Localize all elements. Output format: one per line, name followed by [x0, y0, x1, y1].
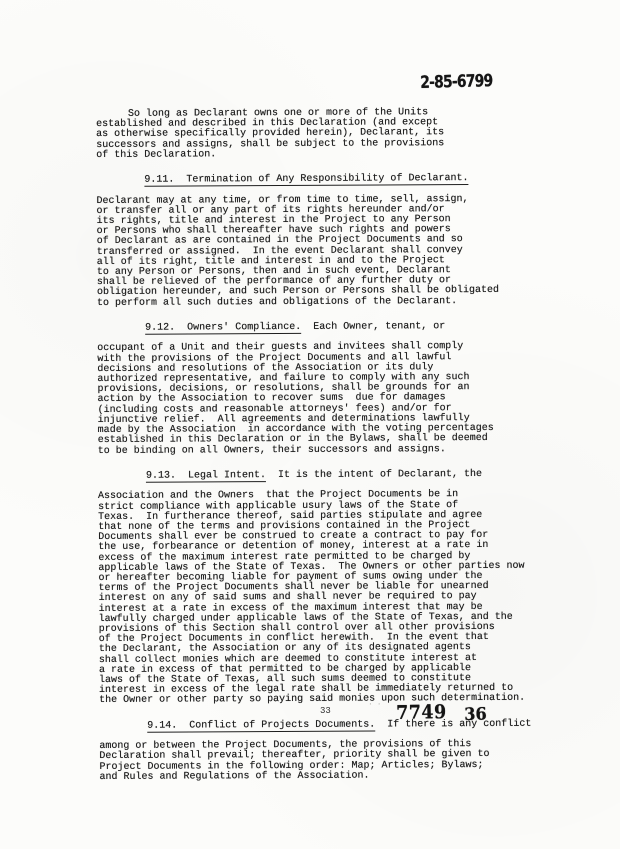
section-title: Legal Intent.	[188, 470, 266, 481]
scanned-document-page: 2-85-6799 So long as Declarant owns one …	[0, 0, 620, 849]
section-number: 9.13.	[146, 470, 176, 481]
section-number: 9.12.	[145, 323, 175, 334]
section-heading-line: 9.13.Legal Intent.It is the intent of De…	[98, 459, 568, 492]
intro-paragraph: So long as Declarant owns one or more of…	[96, 108, 566, 161]
stamp-number-right: 36	[464, 704, 487, 725]
section-title: Termination of Any Responsibility of Dec…	[186, 173, 468, 185]
scan-artifact-dots: ··	[368, 700, 386, 709]
handwritten-docket-number: 2-85-6799	[420, 71, 493, 93]
document-text: So long as Declarant owns one or more of…	[96, 108, 570, 783]
section-lead-text: It is the intent of Declarant, the	[278, 469, 482, 481]
section-heading-line: 9.14.Conflict of Projects Documents.If t…	[99, 709, 569, 742]
section-9-13: 9.13.Legal Intent.It is the intent of De…	[98, 459, 569, 706]
section-9-11: 9.11.Termination of Any Responsibility o…	[96, 164, 567, 309]
page-number: 33	[320, 706, 331, 716]
section-title: Owners' Compliance.	[187, 322, 301, 334]
section-9-12: 9.12.Owners' Compliance.Each Owner, tena…	[97, 311, 568, 456]
section-heading: 9.13.Legal Intent.	[146, 470, 266, 483]
section-body: Association and the Owners that the Proj…	[98, 490, 569, 707]
text-line: to perform all such duties and obligatio…	[97, 296, 567, 309]
section-title: Conflict of Projects Documents.	[189, 719, 375, 731]
section-body: among or between the Project Documents, …	[99, 740, 569, 783]
text-line: and Rules and Regulations of the Associa…	[99, 770, 569, 783]
section-number: 9.14.	[147, 720, 177, 731]
stamp-number-left: 7749	[396, 701, 447, 724]
section-body: Declarant may at any time, or from time …	[96, 194, 567, 309]
section-heading: 9.11.Termination of Any Responsibility o…	[144, 173, 468, 187]
section-9-14: 9.14.Conflict of Projects Documents.If t…	[99, 709, 569, 783]
section-number: 9.11.	[144, 175, 174, 186]
section-heading: 9.14.Conflict of Projects Documents.	[147, 719, 375, 732]
section-lead-text: Each Owner, tenant, or	[313, 321, 445, 333]
text-line: the Owner or other party so paying said …	[99, 694, 569, 707]
text-line: of this Declaration.	[96, 148, 566, 161]
section-heading-line: 9.12.Owners' Compliance.Each Owner, tena…	[97, 311, 567, 344]
section-heading: 9.12.Owners' Compliance.	[145, 322, 301, 335]
section-body: occupant of a Unit and their guests and …	[97, 342, 568, 457]
text-line: to be binding on all Owners, their succe…	[98, 444, 568, 457]
section-heading-line: 9.11.Termination of Any Responsibility o…	[96, 164, 566, 197]
